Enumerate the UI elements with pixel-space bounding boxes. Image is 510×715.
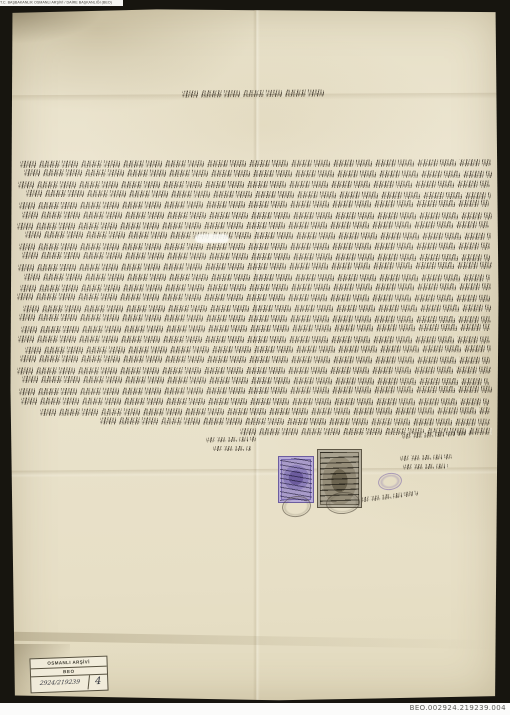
document-paper: OSMANLI ARŞİVİ BEO 2924/219239 4 bbox=[10, 8, 499, 701]
handwriting-line bbox=[100, 417, 490, 425]
handwriting-line bbox=[22, 212, 492, 220]
handwriting-line bbox=[22, 376, 489, 385]
handwriting-line bbox=[20, 355, 490, 364]
handwriting-annotation bbox=[360, 490, 418, 502]
reference-number: BEO.002924.219239.004 bbox=[410, 704, 506, 712]
archive-page-number: 4 bbox=[89, 675, 107, 690]
oval-seal-purple bbox=[377, 471, 404, 492]
handwriting-line bbox=[24, 169, 492, 178]
archive-file-number: 2924/219239 bbox=[31, 675, 90, 691]
handwriting-line bbox=[17, 367, 491, 375]
handwriting-line bbox=[19, 200, 489, 209]
handwriting-line bbox=[19, 386, 492, 395]
handwriting-line bbox=[26, 190, 491, 199]
archive-caption-text: T.C. BAŞBAKANLIK OSMANLI ARŞİVİ / DAİRE … bbox=[0, 0, 113, 6]
handwriting-line bbox=[18, 336, 490, 344]
handwriting-line bbox=[21, 398, 489, 406]
handwriting-line bbox=[18, 181, 490, 189]
handwriting-line bbox=[20, 159, 491, 168]
handwriting-line bbox=[19, 243, 490, 251]
handwriting-line bbox=[17, 221, 489, 230]
handwriting-line bbox=[17, 293, 490, 302]
horizontal-fold-crease-3 bbox=[10, 632, 499, 650]
handwriting-annotation bbox=[206, 437, 256, 443]
handwriting-heading bbox=[182, 89, 324, 97]
corner-shadow-top-left bbox=[10, 8, 130, 54]
handwriting-line bbox=[19, 314, 491, 323]
handwriting-annotation bbox=[213, 446, 251, 451]
vertical-fold-crease bbox=[253, 8, 260, 701]
handwriting-line bbox=[21, 324, 490, 333]
handwriting-line bbox=[40, 407, 490, 416]
handwriting-line bbox=[22, 252, 490, 261]
handwriting-annotation bbox=[400, 454, 452, 461]
scanned-document-frame: T.C. BAŞBAKANLIK OSMANLI ARŞİVİ / DAİRE … bbox=[0, 0, 510, 715]
archive-stamp-box: OSMANLI ARŞİVİ BEO 2924/219239 4 bbox=[29, 656, 108, 694]
archive-caption-strip: T.C. BAŞBAKANLIK OSMANLI ARŞİVİ / DAİRE … bbox=[0, 0, 123, 6]
handwriting-line bbox=[25, 231, 491, 240]
handwriting-line bbox=[24, 274, 490, 282]
handwriting-annotation bbox=[403, 464, 448, 470]
footer-strip: BEO.002924.219239.004 bbox=[0, 703, 510, 715]
handwriting-line bbox=[20, 283, 491, 292]
handwriting-line bbox=[25, 345, 491, 354]
handwriting-line bbox=[23, 305, 491, 313]
whiteout-correction-patch bbox=[195, 234, 229, 243]
handwriting-line bbox=[18, 262, 492, 271]
